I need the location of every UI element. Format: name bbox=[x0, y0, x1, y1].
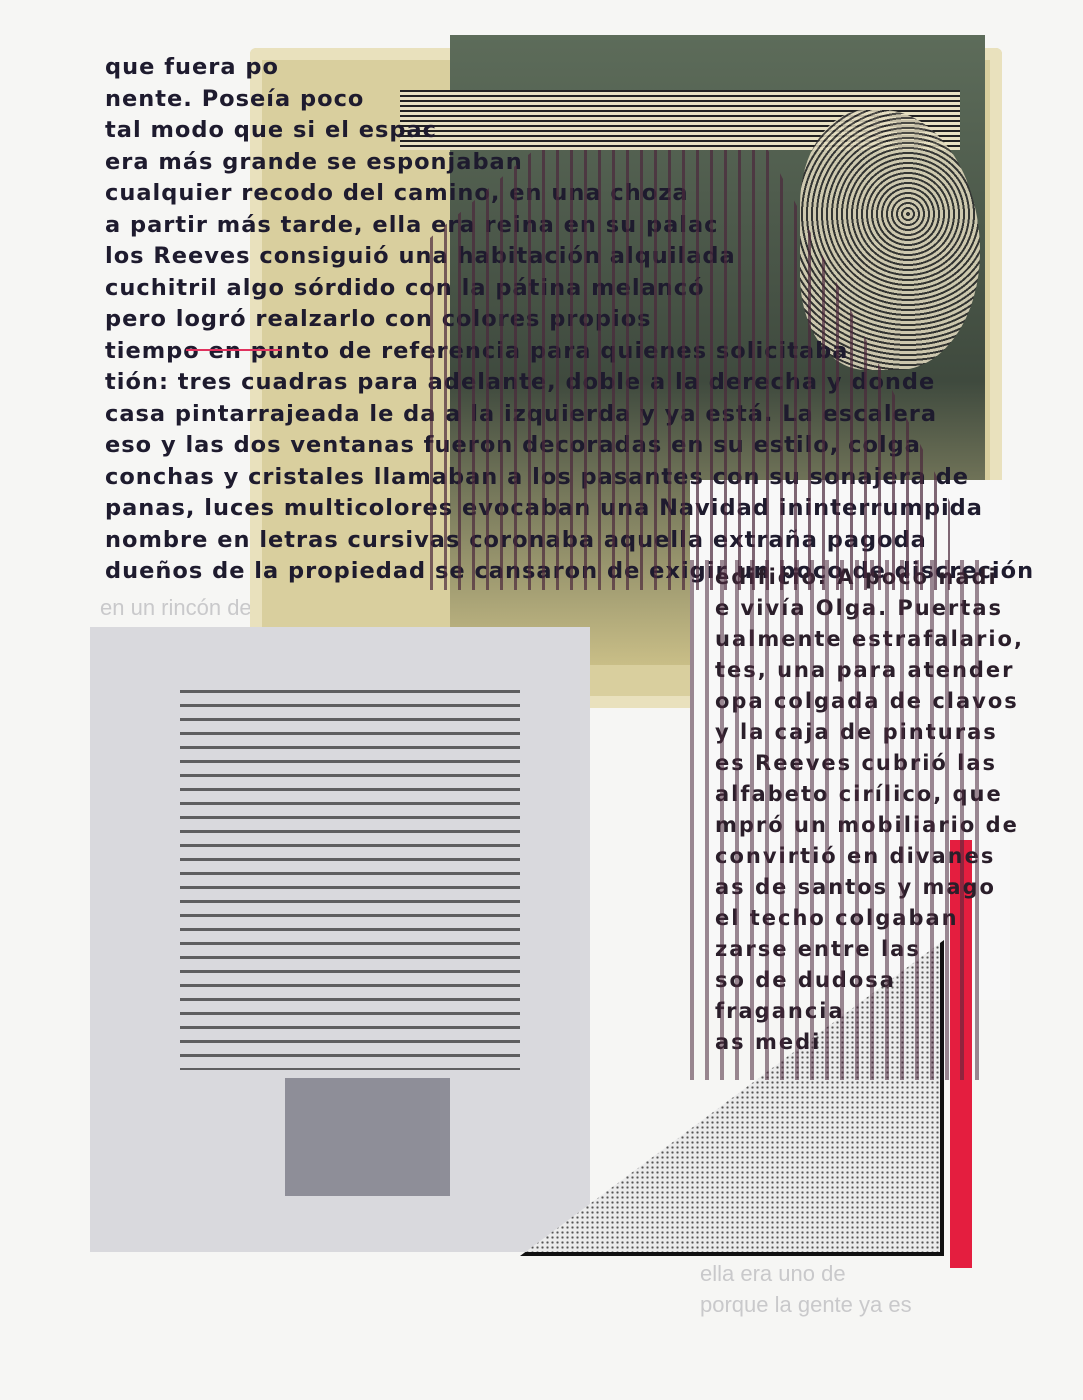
text-line: que fuera po bbox=[105, 52, 1034, 84]
text-line: nente. Poseía poco bbox=[105, 84, 1034, 116]
hatched-text-block bbox=[180, 690, 520, 1070]
marker-hatching-right bbox=[690, 560, 990, 1080]
background-text-line: ella era uno de bbox=[700, 1258, 912, 1289]
text-line: tal modo que si el espac bbox=[105, 115, 1034, 147]
background-text-line: porque la gente ya es bbox=[700, 1289, 912, 1320]
pink-underline bbox=[186, 349, 281, 351]
map-fragment bbox=[285, 1078, 450, 1196]
background-text-bottom: ella era uno de porque la gente ya es bbox=[700, 1258, 912, 1320]
